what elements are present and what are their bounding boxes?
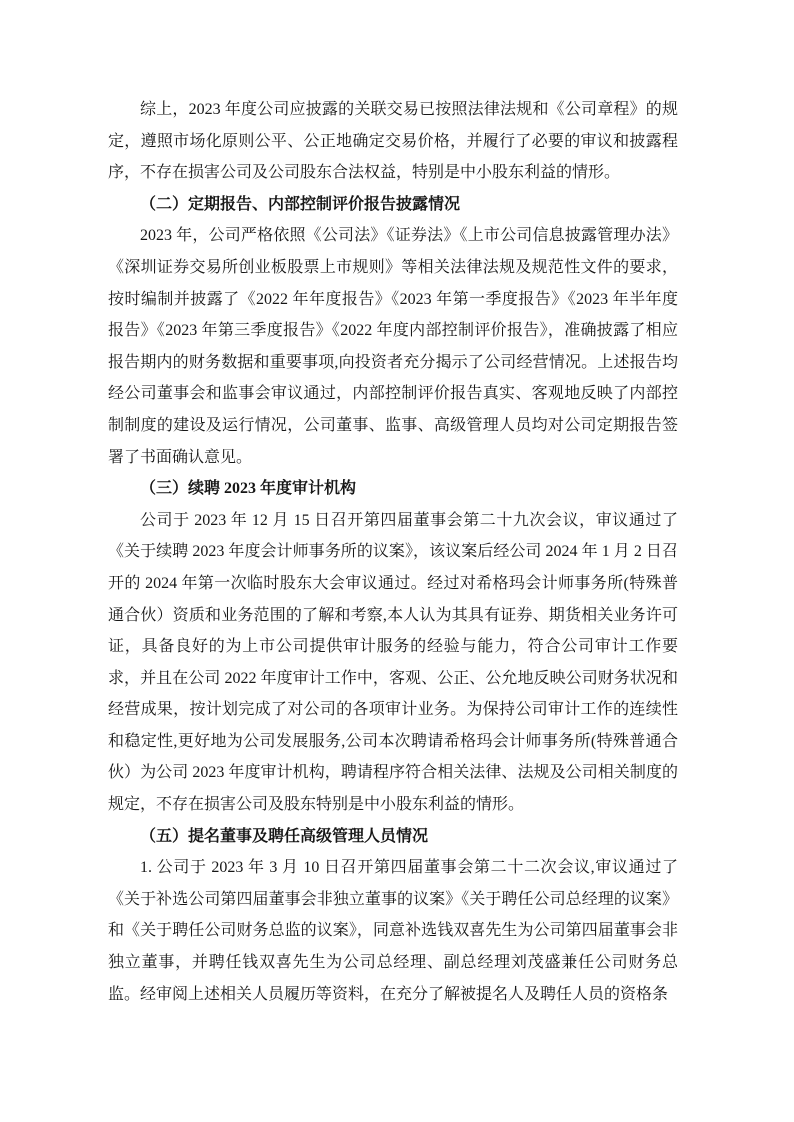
document-text-block: 综上，2023 年度公司应披露的关联交易已按照法律法规和《公司章程》的规定，遵照… — [108, 94, 678, 1010]
section-heading-periodic-reports: （二）定期报告、内部控制评价报告披露情况 — [108, 189, 678, 221]
paragraph-director-nomination-appointment: 1. 公司于 2023 年 3 月 10 日召开第四届董事会第二十二次会议,审议… — [108, 852, 678, 1010]
paragraph-audit-institution-renewal: 公司于 2023 年 12 月 15 日召开第四届董事会第二十九次会议，审议通过… — [108, 505, 678, 821]
section-heading-director-nomination: （五）提名董事及聘任高级管理人员情况 — [108, 821, 678, 853]
paragraph-related-transactions-summary: 综上，2023 年度公司应披露的关联交易已按照法律法规和《公司章程》的规定，遵照… — [108, 94, 678, 189]
paragraph-periodic-reports-disclosure: 2023 年，公司严格依照《公司法》《证券法》《上市公司信息披露管理办法》《深圳… — [108, 220, 678, 473]
section-heading-audit-institution: （三）续聘 2023 年度审计机构 — [108, 473, 678, 505]
document-page: 综上，2023 年度公司应披露的关联交易已按照法律法规和《公司章程》的规定，遵照… — [0, 0, 794, 1122]
